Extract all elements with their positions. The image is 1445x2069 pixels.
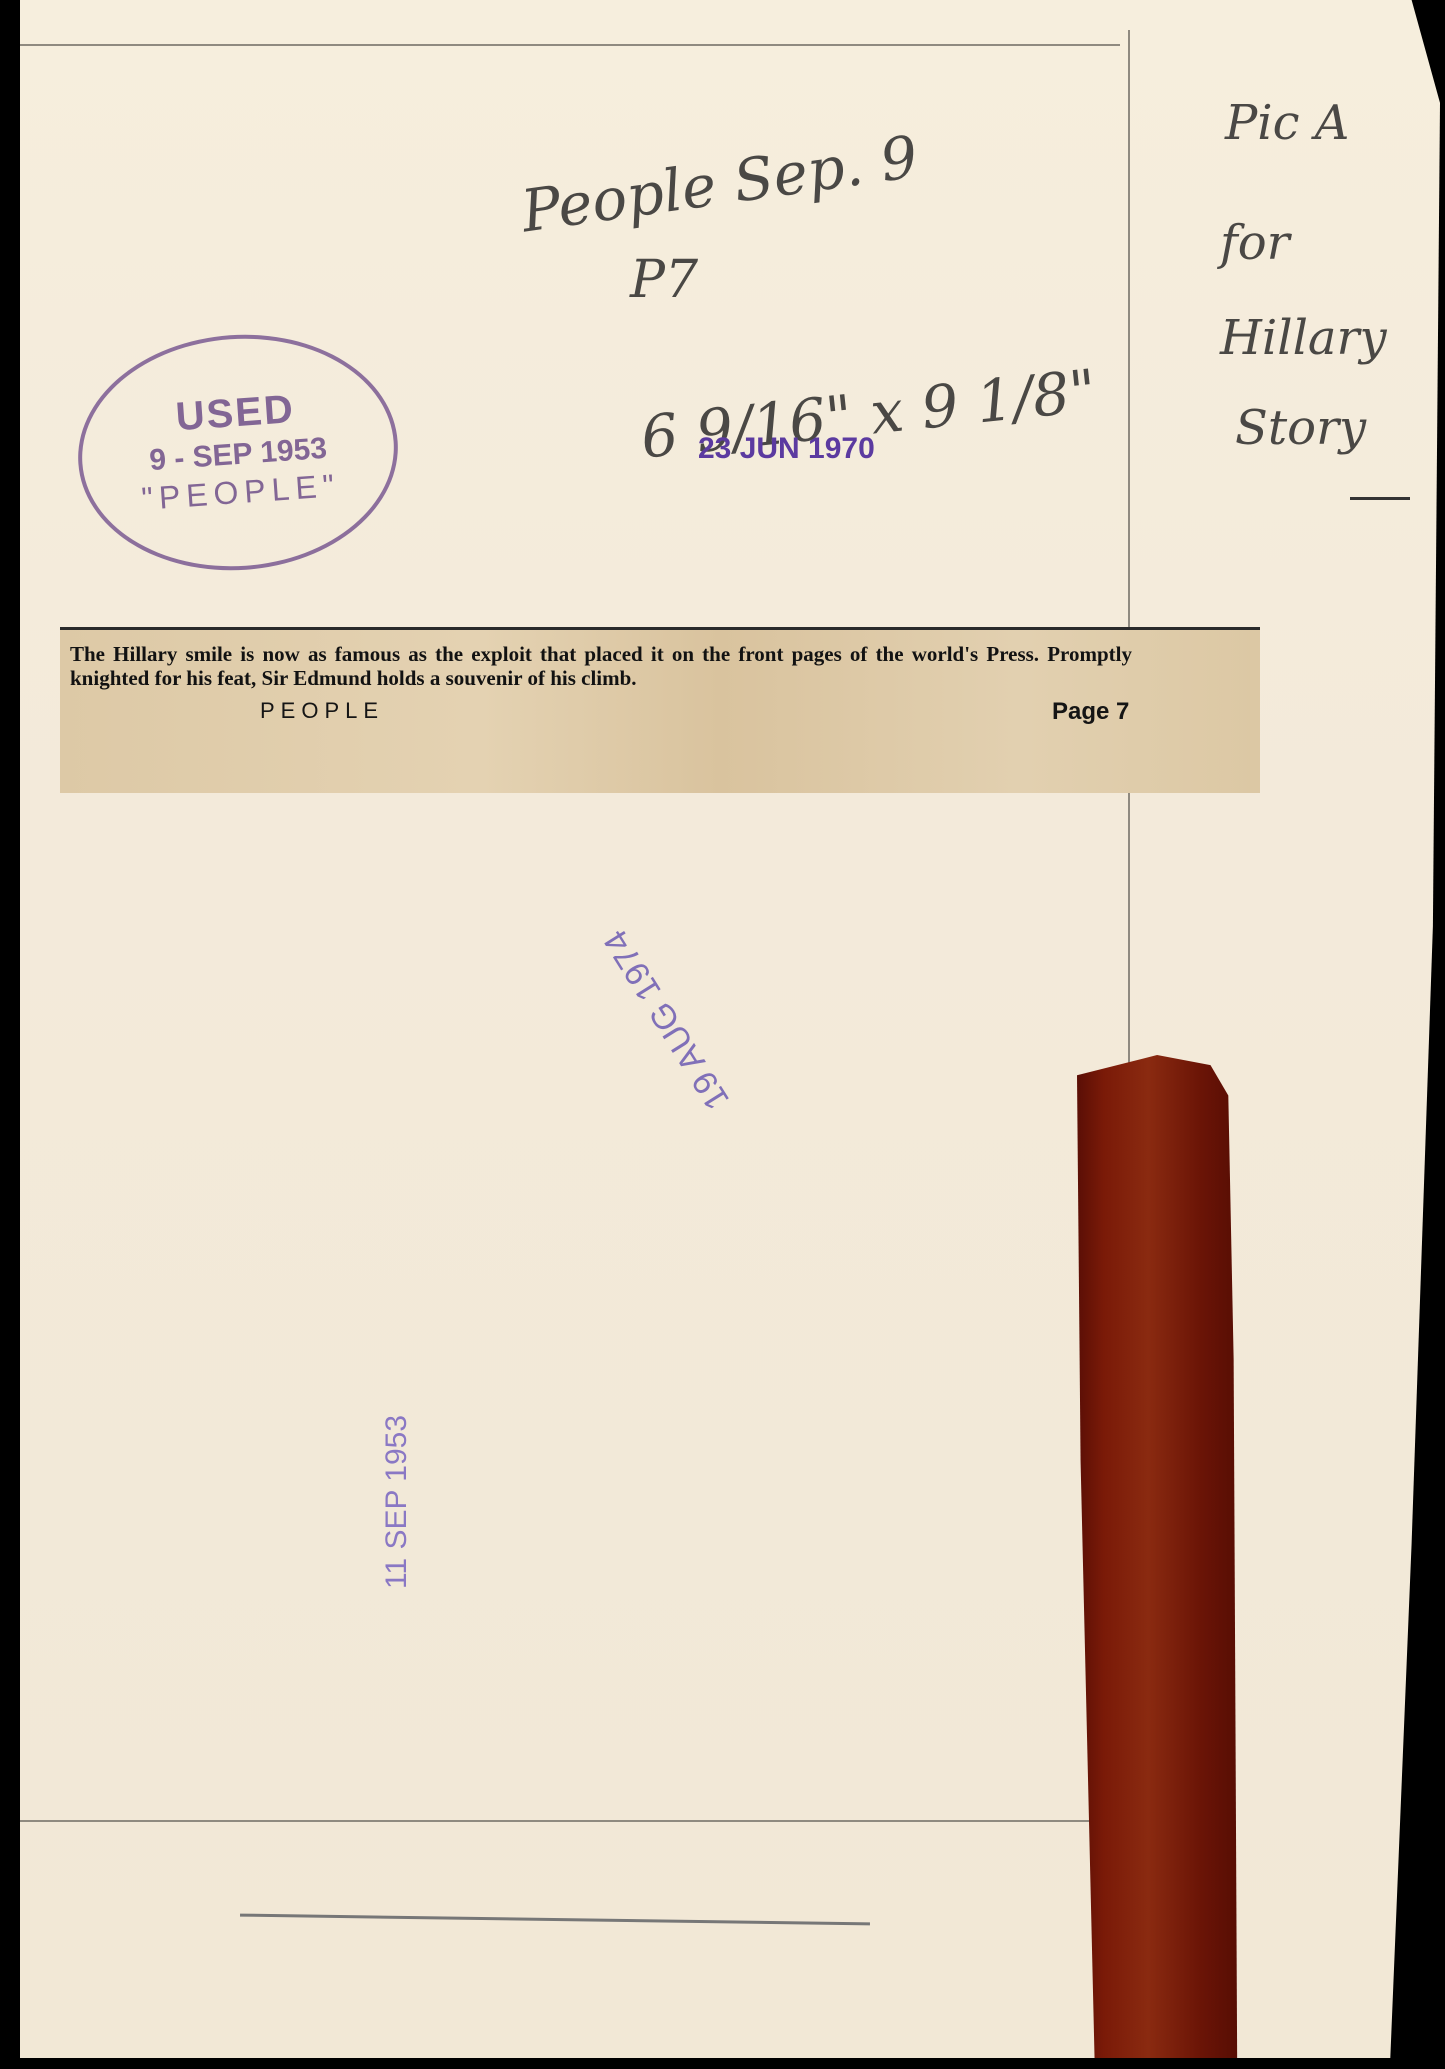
clipping-publication-name: PEOPLE [260, 698, 384, 724]
adhesive-tape-strip [1077, 1055, 1255, 2069]
page-note: P7 [630, 250, 698, 310]
used-oval-stamp: USED 9 - SEP 1953 "PEOPLE" [70, 324, 406, 581]
side-note-line2: for [1220, 215, 1290, 271]
clipping-page-number: Page 7 [1052, 698, 1129, 726]
pencil-stroke-bottom [240, 1914, 870, 1926]
side-note-line1: Pic A [1225, 95, 1349, 151]
date-stamp-1970: 23 JUN 1970 [698, 432, 875, 466]
publication-note: People Sep. 9 [517, 123, 922, 246]
side-note-underline [1350, 497, 1410, 500]
side-note-line4: Story [1235, 400, 1366, 456]
date-stamp-1974: 19 AUG 1974 [596, 923, 737, 1117]
crop-line-bottom [20, 1820, 1130, 1822]
photo-reverse-paper: People Sep. 9 P7 6 9/16" x 9 1/8" Pic A … [20, 0, 1440, 2058]
clipping-caption-text: The Hillary smile is now as famous as th… [70, 642, 1132, 690]
date-stamp-1953: 11 SEP 1953 [380, 1415, 414, 1589]
side-note-line3: Hillary [1220, 310, 1387, 366]
crop-line-top [20, 44, 1120, 46]
newspaper-caption-clipping: The Hillary smile is now as famous as th… [60, 627, 1260, 793]
